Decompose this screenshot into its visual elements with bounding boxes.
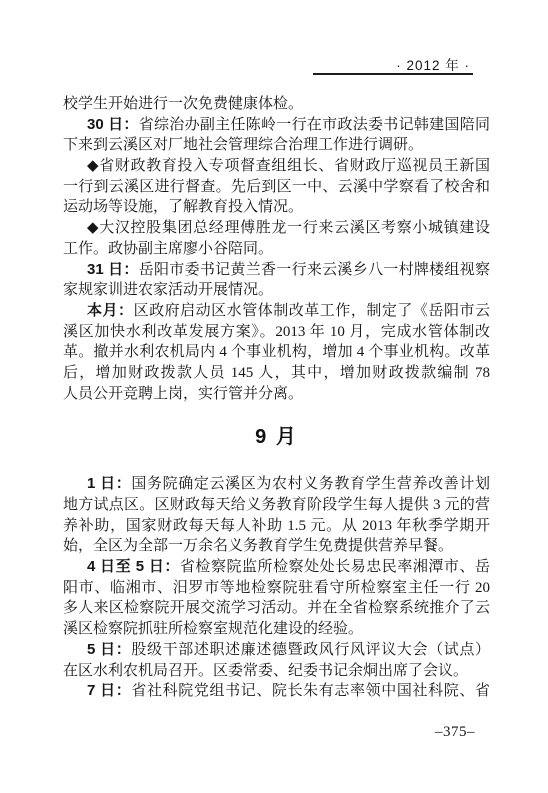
date-marker: 1 日：: [87, 475, 131, 492]
entry-line: 多人来区检察院开展交流学习活动。并在全省检察系统推介了云: [63, 598, 490, 619]
entry-line: 本月：区政府启动区水管体制改革工作，制定了《岳阳市云: [63, 301, 490, 322]
page-number: –375–: [435, 724, 475, 741]
entry-line: 5 日：股级干部述职述廉述德暨政风行风评议大会（试点）: [63, 640, 490, 661]
entry-line: ◆大汉控股集团总经理傅胜龙一行来云溪区考察小城镇建设: [63, 218, 490, 239]
section-august-continued: 校学生开始进行一次免费健康体检。30 日：省综治办副主任陈岭一行在市政法委书记韩…: [63, 94, 490, 404]
yearbook-page: · 2012 年 · 校学生开始进行一次免费健康体检。30 日：省综治办副主任陈…: [0, 0, 548, 793]
entry-line: 阳市、临湘市、汨罗市等地检察院驻看守所检察室主任一行 20: [63, 578, 490, 599]
date-marker: 7 日：: [87, 682, 131, 699]
entry-line: 下来到云溪区对厂地社会管理综合治理工作进行调研。: [63, 135, 490, 156]
entry-line: 养补助，国家财政每天每人补助 1.5 元。从 2013 年秋季学期开: [63, 516, 490, 537]
entry-line: 31 日：岳阳市委书记黄兰香一行来云溪乡八一村牌楼组视察: [63, 260, 490, 281]
entry-line: 校学生开始进行一次免费健康体检。: [63, 94, 490, 115]
entry-line: 人员公开竞聘上岗，实行管并分离。: [63, 384, 490, 405]
entry-line: 7 日：省社科院党组书记、院长朱有志率领中国社科院、省: [63, 681, 490, 702]
date-marker: 30 日：: [87, 116, 139, 133]
entry-line: 运动场等设施，了解教育投入情况。: [63, 197, 490, 218]
entry-line: ◆省财政教育投入专项督查组组长、省财政厅巡视员王新国: [63, 156, 490, 177]
header-rule: [313, 73, 473, 75]
section-september: 1 日：国务院确定云溪区为农村义务教育学生营养改善计划地方试点区。区财政每天给义…: [63, 474, 490, 702]
diamond-bullet-icon: ◆: [87, 220, 99, 236]
date-marker: 本月：: [87, 302, 134, 319]
entry-line: 溪区加快水利改革发展方案》。2013 年 10 月，完成水管体制改: [63, 322, 490, 343]
date-marker: 4 日至 5 日：: [87, 558, 180, 575]
entry-line: 后，增加财政拨款人员 145 人，其中，增加财政拨款编制 78 个，: [63, 363, 490, 384]
entry-line: 在区水利农机局召开。区委常委、纪委书记余烔出席了会议。: [63, 661, 490, 682]
date-marker: 31 日：: [87, 261, 139, 278]
entry-line: 1 日：国务院确定云溪区为农村义务教育学生营养改善计划: [63, 474, 490, 495]
month-heading-september: 9 月: [63, 427, 490, 448]
entry-line: 4 日至 5 日：省检察院监所检察处处长易忠民率湘潭市、岳: [63, 557, 490, 578]
entry-line: 一行到云溪区进行督查。先后到区一中、云溪中学察看了校舍和: [63, 177, 490, 198]
entry-line: 家规家训进农家活动开展情况。: [63, 280, 490, 301]
content-area: 校学生开始进行一次免费健康体检。30 日：省综治办副主任陈岭一行在市政法委书记韩…: [63, 94, 490, 702]
entry-line: 始，全区为全部一万余名义务教育学生免费提供营养早餐。: [63, 536, 490, 557]
diamond-bullet-icon: ◆: [87, 158, 99, 174]
date-marker: 5 日：: [87, 641, 131, 658]
entry-line: 工作。政协副主席廖小谷陪同。: [63, 239, 490, 260]
entry-line: 地方试点区。区财政每天给义务教育阶段学生每人提供 3 元的营: [63, 495, 490, 516]
header-year-label: · 2012 年 ·: [396, 54, 470, 74]
entry-line: 溪区检察院抓驻所检察室规范化建设的经验。: [63, 619, 490, 640]
entry-line: 30 日：省综治办副主任陈岭一行在市政法委书记韩建国陪同: [63, 115, 490, 136]
entry-line: 革。撤并水利农机局内 4 个事业机构，增加 4 个事业机构。改革: [63, 342, 490, 363]
